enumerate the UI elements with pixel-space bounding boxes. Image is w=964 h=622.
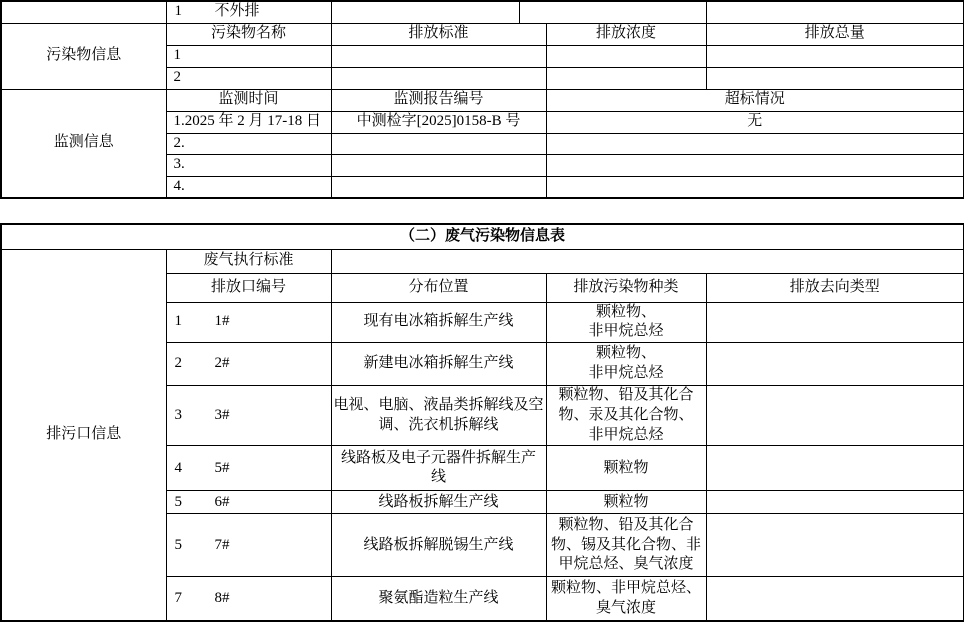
monitor-time-cell: 4.: [166, 176, 331, 198]
header-outlet-number: 排放口编号: [166, 273, 331, 302]
outlet-number-cell: 33#: [166, 386, 331, 446]
monitor-report-cell: [331, 154, 546, 176]
header-exceed-status: 超标情况: [546, 89, 964, 111]
outlet-id: 2#: [215, 355, 230, 371]
pollutants-cell: 颗粒物: [546, 446, 706, 491]
pollutant-section-label: 污染物信息: [1, 23, 166, 89]
monitor-report-cell: 中测检字[2025]0158-B 号: [331, 111, 546, 133]
monitor-time-cell: 1.2025 年 2 月 17-18 日: [166, 111, 331, 133]
pollutant-row-number: 2: [166, 67, 331, 89]
exceed-status-cell: [546, 176, 964, 198]
destination-cell: [706, 577, 964, 621]
pollutants-cell: 颗粒物、铅及其化合 物、锡及其化合物、非 甲烷总烃、臭气浓度: [546, 514, 706, 577]
location-cell: 聚氨酯造粒生产线: [331, 577, 546, 621]
table-row: 监测信息 监测时间 监测报告编号 超标情况: [1, 89, 964, 111]
header-destination-type: 排放去向类型: [706, 273, 964, 302]
empty-cell: [519, 1, 706, 23]
table-row: （二）废气污染物信息表: [1, 224, 964, 249]
pollutant-standard-cell: [331, 67, 546, 89]
document-page: { "colors": { "border": "#000000", "back…: [0, 0, 964, 621]
prior-row-value: 不外排: [215, 3, 260, 19]
outlet-id: 3#: [215, 407, 230, 423]
location-cell: 线路板拆解脱锡生产线: [331, 514, 546, 577]
outlet-id: 5#: [215, 460, 230, 476]
waste-gas-table-title: （二）废气污染物信息表: [1, 224, 964, 249]
empty-cell: [331, 1, 519, 23]
pollutant-standard-cell: [331, 45, 546, 67]
outlet-number-cell: 56#: [166, 491, 331, 514]
monitor-report-cell: [331, 176, 546, 198]
pollutant-monitor-table: 1不外排 污染物信息 污染物名称 排放标准 排放浓度 排放总量 1 2 监测信息…: [0, 0, 964, 199]
outlet-id: 1#: [215, 313, 230, 329]
destination-cell: [706, 343, 964, 386]
pollutant-row-number: 1: [166, 45, 331, 67]
row-number: 7: [175, 589, 215, 609]
header-monitor-report: 监测报告编号: [331, 89, 546, 111]
destination-cell: [706, 302, 964, 343]
pollutants-cell: 颗粒物、非甲烷总烃、 臭气浓度: [546, 577, 706, 621]
empty-cell: [706, 1, 964, 23]
exceed-status-cell: [546, 133, 964, 154]
waste-gas-table: （二）废气污染物信息表 排污口信息 废气执行标准 排放口编号 分布位置 排放污染…: [0, 223, 964, 622]
pollutants-cell: 颗粒物、铅及其化合 物、汞及其化合物、 非甲烷总烃: [546, 386, 706, 446]
row-number: 5: [175, 536, 215, 556]
outlet-number-cell: 57#: [166, 514, 331, 577]
header-monitor-time: 监测时间: [166, 89, 331, 111]
table-row: 排污口信息 废气执行标准: [1, 249, 964, 273]
header-pollutant-types: 排放污染物种类: [546, 273, 706, 302]
monitor-time-cell: 3.: [166, 154, 331, 176]
prior-row-cell: 1不外排: [166, 1, 331, 23]
outlet-number-cell: 22#: [166, 343, 331, 386]
pollutant-total-cell: [706, 67, 964, 89]
destination-cell: [706, 446, 964, 491]
pollutants-cell: 颗粒物: [546, 491, 706, 514]
pollutant-concentration-cell: [546, 67, 706, 89]
outlet-id: 7#: [215, 537, 230, 553]
row-number: 2: [175, 354, 215, 374]
outlet-number-cell: 45#: [166, 446, 331, 491]
pollutant-concentration-cell: [546, 45, 706, 67]
exceed-status-cell: [546, 154, 964, 176]
gas-standard-label: 废气执行标准: [166, 249, 331, 273]
row-number: 1: [175, 2, 215, 22]
outlet-id: 6#: [215, 494, 230, 510]
destination-cell: [706, 386, 964, 446]
location-cell: 线路板及电子元器件拆解生产 线: [331, 446, 546, 491]
outlet-number-cell: 11#: [166, 302, 331, 343]
header-emission-concentration: 排放浓度: [546, 23, 706, 45]
location-cell: 线路板拆解生产线: [331, 491, 546, 514]
header-emission-standard: 排放标准: [331, 23, 546, 45]
outlet-id: 8#: [215, 590, 230, 606]
monitor-report-cell: [331, 133, 546, 154]
gas-standard-value: [331, 249, 964, 273]
pollutants-cell: 颗粒物、 非甲烷总烃: [546, 343, 706, 386]
location-cell: 现有电冰箱拆解生产线: [331, 302, 546, 343]
pollutant-total-cell: [706, 45, 964, 67]
header-location: 分布位置: [331, 273, 546, 302]
location-cell: 电视、电脑、液晶类拆解线及空 调、洗衣机拆解线: [331, 386, 546, 446]
monitor-section-label: 监测信息: [1, 89, 166, 198]
monitor-time-cell: 2.: [166, 133, 331, 154]
location-cell: 新建电冰箱拆解生产线: [331, 343, 546, 386]
destination-cell: [706, 491, 964, 514]
empty-cell: [1, 1, 166, 23]
row-number: 1: [175, 312, 215, 332]
row-number: 4: [175, 459, 215, 479]
header-pollutant-name: 污染物名称: [166, 23, 331, 45]
exceed-status-cell: 无: [546, 111, 964, 133]
row-number: 5: [175, 493, 215, 513]
outlet-section-label: 排污口信息: [1, 249, 166, 621]
pollutants-cell: 颗粒物、 非甲烷总烃: [546, 302, 706, 343]
table-row: 污染物信息 污染物名称 排放标准 排放浓度 排放总量: [1, 23, 964, 45]
outlet-number-cell: 78#: [166, 577, 331, 621]
destination-cell: [706, 514, 964, 577]
header-emission-total: 排放总量: [706, 23, 964, 45]
table-row: 1不外排: [1, 1, 964, 23]
row-number: 3: [175, 406, 215, 426]
